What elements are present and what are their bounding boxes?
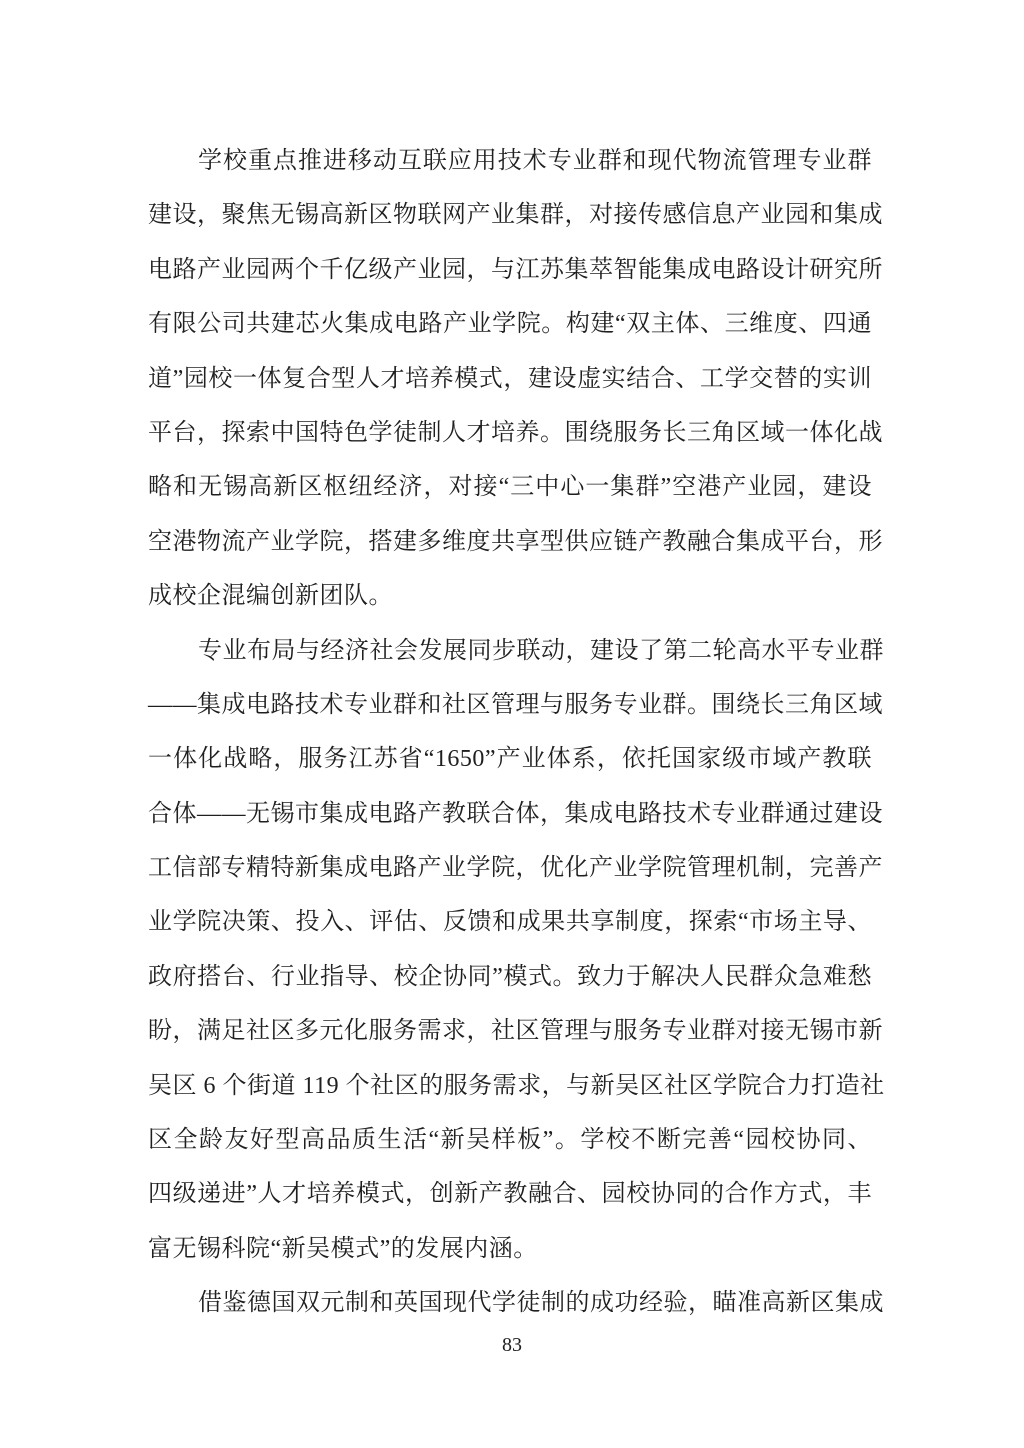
page-number: 83: [502, 1334, 522, 1356]
text-line: 一体化战略，服务江苏省“1650”产业体系，依托国家级市域产教联: [148, 732, 872, 786]
text-line: 政府搭台、行业指导、校企协同”模式。致力于解决人民群众急难愁: [148, 950, 872, 1004]
text-line: 略和无锡高新区枢纽经济，对接“三中心一集群”空港产业园，建设: [148, 460, 872, 514]
text-line: 平台，探索中国特色学徒制人才培养。围绕服务长三角区域一体化战: [148, 406, 872, 460]
text-line: 成校企混编创新团队。: [148, 569, 872, 623]
text-line: 专业布局与经济社会发展同步联动，建设了第二轮高水平专业群: [148, 624, 872, 678]
text-line: 四级递进”人才培养模式，创新产教融合、园校协同的合作方式，丰: [148, 1167, 872, 1221]
text-line: 盼，满足社区多元化服务需求，社区管理与服务专业群对接无锡市新: [148, 1004, 872, 1058]
paragraph: 学校重点推进移动互联应用技术专业群和现代物流管理专业群建设，聚焦无锡高新区物联网…: [148, 134, 872, 624]
text-line: 道”园校一体复合型人才培养模式，建设虚实结合、工学交替的实训: [148, 352, 872, 406]
text-line: 空港物流产业学院，搭建多维度共享型供应链产教融合集成平台，形: [148, 515, 872, 569]
text-line: 工信部专精特新集成电路产业学院，优化产业学院管理机制，完善产: [148, 841, 872, 895]
document-body: 学校重点推进移动互联应用技术专业群和现代物流管理专业群建设，聚焦无锡高新区物联网…: [148, 134, 872, 1331]
text-line: 吴区 6 个街道 119 个社区的服务需求，与新吴区社区学院合力打造社: [148, 1059, 872, 1113]
text-line: 借鉴德国双元制和英国现代学徒制的成功经验，瞄准高新区集成: [148, 1276, 872, 1330]
paragraph: 借鉴德国双元制和英国现代学徒制的成功经验，瞄准高新区集成: [148, 1276, 872, 1330]
text-line: 区全龄友好型高品质生活“新吴样板”。学校不断完善“园校协同、: [148, 1113, 872, 1167]
text-line: 电路产业园两个千亿级产业园，与江苏集萃智能集成电路设计研究所: [148, 243, 872, 297]
text-line: 富无锡科院“新吴模式”的发展内涵。: [148, 1222, 872, 1276]
text-line: ——集成电路技术专业群和社区管理与服务专业群。围绕长三角区域: [148, 678, 872, 732]
page-footer: 83: [0, 1334, 1024, 1357]
text-line: 学校重点推进移动互联应用技术专业群和现代物流管理专业群: [148, 134, 872, 188]
text-line: 合体——无锡市集成电路产教联合体，集成电路技术专业群通过建设: [148, 787, 872, 841]
text-line: 有限公司共建芯火集成电路产业学院。构建“双主体、三维度、四通: [148, 297, 872, 351]
document-page: 学校重点推进移动互联应用技术专业群和现代物流管理专业群建设，聚焦无锡高新区物联网…: [0, 0, 1024, 1448]
text-line: 建设，聚焦无锡高新区物联网产业集群，对接传感信息产业园和集成: [148, 188, 872, 242]
text-line: 业学院决策、投入、评估、反馈和成果共享制度，探索“市场主导、: [148, 895, 872, 949]
paragraph: 专业布局与经济社会发展同步联动，建设了第二轮高水平专业群——集成电路技术专业群和…: [148, 624, 872, 1277]
